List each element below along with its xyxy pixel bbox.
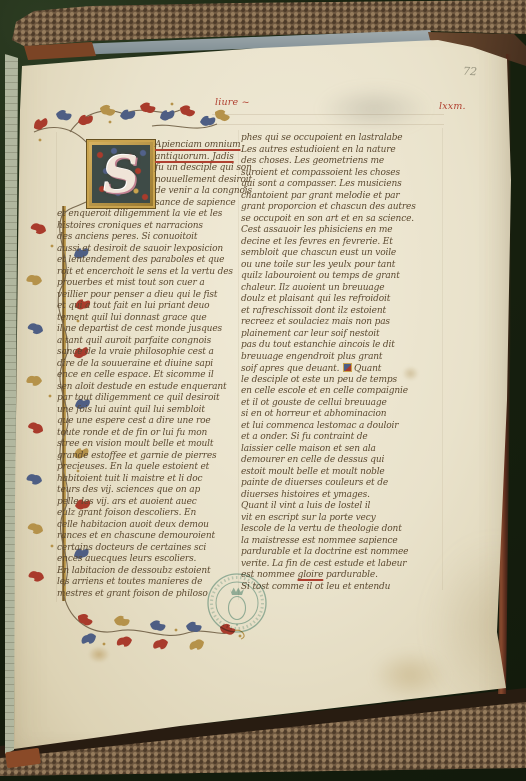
text-line: soif apres que deuant. Quant: [241, 363, 443, 375]
text-line: diuerses histoires et ymages.: [241, 490, 443, 502]
text-line: pardurable et la doctrine est nommee: [241, 547, 443, 559]
text-line: rances et en chascune demouroient: [57, 531, 239, 543]
text-line: roit et encerchoit le sens et la vertu d…: [57, 267, 239, 279]
text-line: plainement car leur soif nestoit: [241, 329, 443, 341]
text-line: et enqueroit diligemment la vie et les: [57, 209, 239, 221]
text-line: des anciens peres. Si conuoitoit: [57, 232, 239, 244]
text-line: Cest assauoir les phisiciens en me: [241, 225, 443, 237]
text-column-left: Apienciam omniumantiquorum. Jadisfu un d…: [57, 140, 239, 600]
text-line: aussi et desiroit de sauoir lexposicion: [57, 244, 239, 256]
text-line: une fois lui auint quil lui sembloit: [57, 405, 239, 417]
text-line: teurs des vij. sciences que on ap: [57, 485, 239, 497]
text-line: dire de la souueraine et diuine sapi: [57, 359, 239, 371]
text-line: demourer en celle de dessus qui: [241, 455, 443, 467]
text-line: le desciple ot este un peu de temps: [241, 375, 443, 387]
text-line: laissier celle maison et sen ala: [241, 444, 443, 456]
text-line: chaleur. Ilz auoient un breuuage: [241, 283, 443, 295]
text-line: et qui a tout fait en lui priant deuo: [57, 301, 239, 313]
text-line: la maistresse est nommee sapience: [241, 536, 443, 548]
text-line: celle habitacion auoit deux demou: [57, 520, 239, 532]
text-line: breuuage engendroit plus grant: [241, 352, 443, 364]
text-line: sance de la vraie philosophie cest a: [57, 347, 239, 359]
text-line: stree en vision moult belle et moult: [57, 439, 239, 451]
text-line: sembloit que chascun eust un voile: [241, 248, 443, 260]
text-line: doulz et plaisant qui les refroidoit: [241, 294, 443, 306]
text-line: et il ot gouste de cellui breuuage: [241, 398, 443, 410]
text-line: pas du tout estanchie aincois le dit: [241, 340, 443, 352]
folio-number: 72: [463, 65, 478, 79]
text-line: estoit moult belle et moult noble: [241, 467, 443, 479]
text-line: si en ot horreur et abhominacion: [241, 409, 443, 421]
text-line: toute ronde et de fin or lui fu mon: [57, 428, 239, 440]
text-line: prouerbes et mist tout son cuer a: [57, 278, 239, 290]
text-line: suroient et compassoient les choses: [241, 168, 443, 180]
text-line: antiquorum. Jadis: [155, 152, 239, 164]
text-line: lescole de la vertu de theologie dont: [241, 524, 443, 536]
text-line: phes qui se occupoient en lastralabe: [241, 133, 443, 145]
text-line: histoires croniques et narracions: [57, 221, 239, 233]
text-line: certains docteurs de certaines sci: [57, 543, 239, 555]
text-line: nouuellement desiroit: [155, 175, 239, 187]
text-line: a tant quil auroit parfaite congnois: [57, 336, 239, 348]
text-column-right: phes qui se occupoient en lastralabeLes …: [241, 133, 443, 593]
ruling-line: [212, 114, 444, 115]
text-line: veillier pour penser a dieu qui le fist: [57, 290, 239, 302]
running-header-left: liure ~: [215, 97, 250, 108]
text-line: se occupoit en son art et en sa science.: [241, 214, 443, 226]
text-line: de venir a la congnois: [155, 186, 239, 198]
text-line: ou une toile sur les yeulx pour tant: [241, 260, 443, 272]
text-line: habitoient tuit li maistre et li doc: [57, 474, 239, 486]
text-line: et a onder. Si fu contraint de: [241, 432, 443, 444]
text-line: grant proporcion et chascun des autres: [241, 202, 443, 214]
text-line: sance de sapience: [155, 198, 239, 210]
text-line: painte de diuerses couleurs et de: [241, 478, 443, 490]
ruling-line: [212, 124, 444, 125]
text-line: vit en escript sur la porte vecy: [241, 513, 443, 525]
text-line: des choses. Les geometriens me: [241, 156, 443, 168]
text-line: ence en celle espace. Et sicomme il: [57, 370, 239, 382]
text-line: precieuses. En la quele estoient et: [57, 462, 239, 474]
text-line: decine et les fevres en fevrerie. Et: [241, 237, 443, 249]
text-line: verite. La fin de cest estude et labeur: [241, 559, 443, 571]
text-line: Apienciam omnium: [155, 140, 239, 152]
text-line: que une espere cest a dire une roe: [57, 416, 239, 428]
text-line: qui sont a compasser. Les musiciens: [241, 179, 443, 191]
text-line: par tout diligemment ce quil desiroit: [57, 393, 239, 405]
ink-showthrough-stain: [318, 86, 430, 132]
running-header-right: lxxm.: [439, 101, 466, 112]
parchment-stain: [88, 646, 110, 663]
text-line: Les autres estudioient en la nature: [241, 145, 443, 157]
text-line: sen aloit destude en estude enquerant: [57, 382, 239, 394]
text-line: et lui commenca lestomac a douloir: [241, 421, 443, 433]
text-line: ences auecques leurs escoliers.: [57, 554, 239, 566]
parchment-stain: [372, 650, 448, 700]
text-line: pelle les vij. ars et auoient auec: [57, 497, 239, 509]
text-line: chantoient par grant melodie et par: [241, 191, 443, 203]
text-line: en celle escole et en celle compaignie: [241, 386, 443, 398]
manuscript-photograph: liure ~ lxxm. 72 72: [0, 0, 526, 781]
text-line: il ne departist de cest monde jusques: [57, 324, 239, 336]
champie-initial: [343, 363, 352, 372]
text-line: fu un desciple qui son: [155, 163, 239, 175]
text-line: Si tost comme il ot leu et entendu: [241, 582, 443, 594]
text-line: et rafreschissoit dont ilz estoient: [241, 306, 443, 318]
text-line: eulz grant foison descoliers. En: [57, 508, 239, 520]
text-line: quilz labouroient ou temps de grant: [241, 271, 443, 283]
parchment-stain: [430, 540, 526, 710]
text-line: Quant il vint a luis de lostel il: [241, 501, 443, 513]
text-line: est nommee gloire pardurable.: [241, 570, 443, 582]
text-line: grande estoffee et garnie de pierres: [57, 451, 239, 463]
text-line: tement quil lui donnast grace que: [57, 313, 239, 325]
library-stamp: [206, 572, 268, 634]
text-line: et lentendement des paraboles et que: [57, 255, 239, 267]
text-line: recreez et soulaciez mais non pas: [241, 317, 443, 329]
parchment-page: liure ~ lxxm. 72 72: [0, 0, 526, 781]
